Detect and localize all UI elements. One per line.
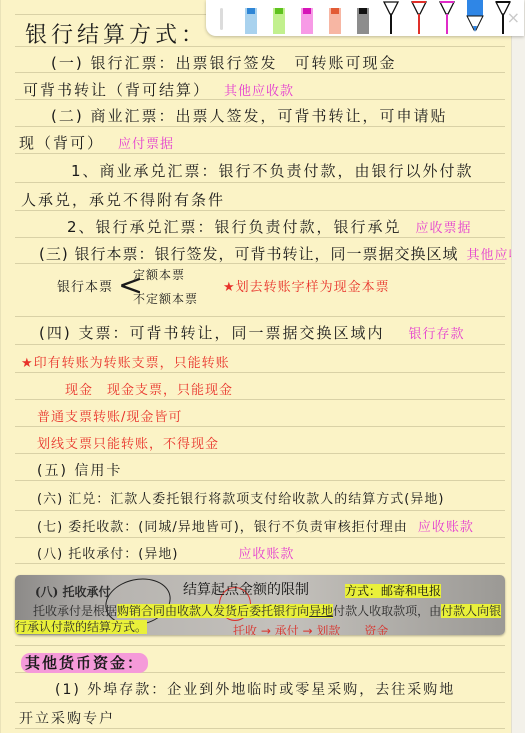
drag-handle[interactable]: [220, 8, 223, 30]
note-line: (二) 商业汇票：出票人签发，可背书转让，可申请贴: [51, 105, 447, 126]
note-line: (八) 托收承付：(异地)应收账款: [37, 543, 294, 562]
ruled-line: [15, 537, 505, 538]
note-line: (六) 汇兑：汇款人委托银行将款项支付给收款人的结算方式(异地): [37, 488, 444, 507]
note-text: 现（背可）: [19, 134, 104, 152]
photo-body-line: 托收承付是根据购销合同由收款人发货后委托银行向异地付款人收取款项，由付款人向银: [33, 602, 501, 619]
note-text: 2、银行承兑汇票：银行负责付款，银行承兑: [67, 218, 402, 236]
ruled-line: [15, 126, 505, 127]
note-line: 现（背可）应付票据: [19, 132, 174, 153]
note-line: (三) 银行本票：银行签发，可背书转让，同一票据交换区域其他应收款: [39, 243, 525, 264]
bracket-item: 不定额本票: [133, 290, 198, 307]
page-edge: [511, 0, 525, 733]
note-line: (四) 支票：可背书转让，同一票据交换区域内银行存款: [39, 322, 465, 343]
red-note: 普通支票转账/现金皆可: [37, 406, 182, 425]
page-title: 银行结算方式：: [25, 18, 207, 49]
highlighter-pink-tool[interactable]: [298, 0, 316, 34]
section-heading: 其他货币资金：: [21, 652, 148, 673]
ruled-line: [15, 728, 505, 729]
red-note: ★划去转账字样为现金本票: [223, 276, 390, 295]
account-annotation: 应收账款: [418, 520, 474, 535]
ruled-line: [15, 182, 505, 183]
highlighter-blue-tool[interactable]: [242, 0, 260, 34]
photo-title: (八) 托收承付: [35, 583, 111, 600]
red-note: 现金 现金支票，只能现金: [65, 379, 233, 398]
pen-magenta-icon[interactable]: [438, 0, 456, 34]
highlighter-orange-tool[interactable]: [326, 0, 344, 34]
ruled-line: [15, 563, 505, 564]
note-text: (三) 银行本票：银行签发，可背书转让，同一票据交换区域: [39, 245, 458, 263]
notebook-page: 银行结算方式： (一) 银行汇票：出票银行签发 可转账可现金 可背书转让（背可结…: [0, 0, 513, 733]
pen-toolbar: ×: [206, 0, 524, 36]
ruled-line: [15, 702, 505, 703]
note-text: 可背书转让（背可结算）: [23, 81, 210, 99]
note-line: 人承兑，承兑不得附有条件: [21, 189, 225, 210]
note-line: (五) 信用卡: [37, 460, 122, 480]
pen-red-icon[interactable]: [410, 0, 428, 34]
account-annotation: 应付票据: [118, 137, 174, 152]
note-line: (一) 银行汇票：出票银行签发 可转账可现金: [51, 52, 396, 73]
note-text: (八) 托收承付：(异地): [37, 547, 178, 562]
handwritten-note: 结算起点金额的限制: [183, 579, 309, 599]
account-annotation: 应收账款: [238, 547, 294, 562]
pen-black-icon[interactable]: [382, 0, 400, 34]
handwritten-note: 方式：邮寄和电报: [345, 582, 441, 599]
textbook-photo: (八) 托收承付 结算起点金额的限制 方式：邮寄和电报 托收承付是根据购销合同由…: [15, 575, 505, 635]
handwritten-red-note: 托收 → 承付 → 划款 资金: [233, 622, 388, 635]
ruled-line: [15, 316, 505, 317]
note-line: 1、商业承兑汇票：银行不负责付款，由银行以外付款: [71, 160, 474, 181]
ruled-line: [15, 645, 505, 646]
note-line: 开立采购专户: [19, 708, 115, 728]
pencil-blue-icon[interactable]: [466, 0, 484, 34]
ruled-line: [15, 510, 505, 511]
bracket-label: 银行本票: [57, 276, 113, 295]
ruled-line: [15, 237, 505, 238]
account-annotation: 应收票据: [416, 221, 472, 236]
note-line: 可背书转让（背可结算）其他应收款: [23, 79, 294, 100]
highlighter-green-tool[interactable]: [270, 0, 288, 34]
note-text: (七) 委托收款：(同城/异地皆可)，银行不负责审核拒付理由: [37, 520, 408, 535]
ruled-line: [15, 153, 505, 154]
ruled-line: [15, 399, 505, 400]
note-line: (七) 委托收款：(同城/异地皆可)，银行不负责审核拒付理由应收账款: [37, 516, 474, 535]
ruled-line: [15, 372, 505, 373]
account-annotation: 银行存款: [408, 327, 464, 342]
ruled-line: [15, 480, 505, 481]
bracket-item: 定额本票: [133, 266, 185, 283]
highlighter-gray-tool[interactable]: [354, 0, 372, 34]
note-line: (1) 外埠存款：企业到外地临时或零星采购，去往采购地: [55, 679, 455, 699]
photo-body-line: 行承认付款的结算方式。: [15, 618, 147, 635]
note-text: (四) 支票：可背书转让，同一票据交换区域内: [39, 324, 384, 342]
ruled-line: [15, 426, 505, 427]
ruled-line: [15, 210, 505, 211]
close-icon[interactable]: ×: [507, 8, 520, 27]
ruled-line: [15, 344, 505, 345]
red-note: ★印有转账为转账支票，只能转账: [21, 352, 230, 371]
account-annotation: 其他应收款: [224, 84, 294, 99]
note-line: 2、银行承兑汇票：银行负责付款，银行承兑应收票据: [67, 216, 472, 237]
ruled-line: [15, 453, 505, 454]
red-note: 划线支票只能转账，不得现金: [37, 433, 219, 452]
